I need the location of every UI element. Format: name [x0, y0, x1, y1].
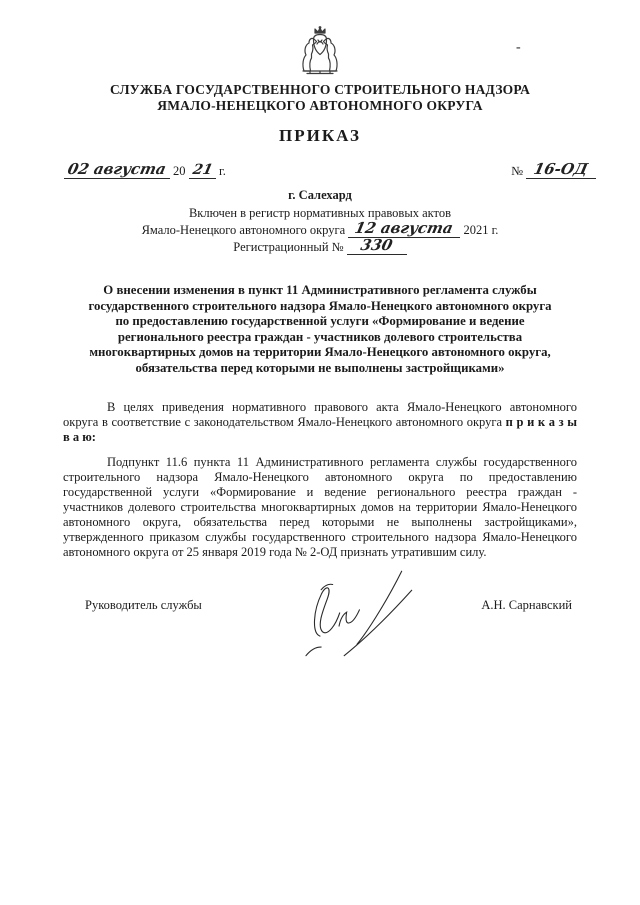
body-paragraph-1: В целях приведения нормативного правовог…: [63, 400, 577, 445]
date-underline-field: 02 августа: [64, 162, 170, 179]
place-city: г. Салехард: [0, 188, 640, 203]
registration-line2-suffix: 2021 г.: [463, 223, 498, 237]
organization-name: СЛУЖБА ГОСУДАРСТВЕННОГО СТРОИТЕЛЬНОГО НА…: [0, 82, 640, 114]
document-number: № 16-ОД: [511, 162, 596, 179]
signer-position: Руководитель службы: [85, 598, 202, 613]
organization-name-line1: СЛУЖБА ГОСУДАРСТВЕННОГО СТРОИТЕЛЬНОГО НА…: [0, 82, 640, 98]
registration-line3: Регистрационный № 330: [0, 238, 640, 255]
signer-name: А.Н. Сарнавский: [481, 598, 572, 613]
year-suffix: г.: [219, 164, 226, 179]
year-printed-prefix: 20: [173, 164, 186, 179]
order-subject-title: О внесении изменения в пункт 11 Админист…: [80, 283, 560, 376]
corner-dash-mark: -: [516, 40, 521, 56]
body-paragraph-2: Подпункт 11.6 пункта 11 Административног…: [63, 455, 577, 560]
number-underline-field: 16-ОД: [526, 162, 596, 179]
registration-line2-prefix: Ямало-Ненецкого автономного округа: [142, 223, 346, 237]
organization-name-line2: ЯМАЛО-НЕНЕЦКОГО АВТОНОМНОГО ОКРУГА: [0, 98, 640, 114]
registration-number-field: 330: [347, 238, 407, 255]
registration-number-label: Регистрационный №: [233, 240, 343, 254]
year-underline-field: 21: [189, 163, 216, 179]
registration-block: Включен в регистр нормативных правовых а…: [0, 205, 640, 255]
yamalo-nenets-coat-of-arms-icon: [297, 26, 343, 76]
registration-line2: Ямало-Ненецкого автономного округа 12 ав…: [0, 221, 640, 238]
document-page: - СЛУЖБА ГОСУДАРСТВЕННОГО СТРОИТЕЛЬНОГО …: [0, 0, 640, 905]
document-type-title: ПРИКАЗ: [0, 126, 640, 146]
handwritten-signature-icon: [284, 563, 433, 667]
handwritten-number: 16-ОД: [533, 162, 589, 176]
handwritten-date: 02 августа: [67, 162, 168, 176]
paragraph-1-text: В целях приведения нормативного правовог…: [63, 400, 577, 429]
document-date: 02 августа2021 г.: [64, 162, 226, 179]
handwritten-registration-number: 330: [360, 238, 394, 252]
date-and-number-row: 02 августа2021 г. № 16-ОД: [64, 162, 596, 179]
registration-line1: Включен в регистр нормативных правовых а…: [0, 205, 640, 221]
handwritten-year: 21: [191, 163, 213, 177]
handwritten-registration-date: 12 августа: [354, 221, 455, 235]
number-label: №: [511, 164, 523, 179]
